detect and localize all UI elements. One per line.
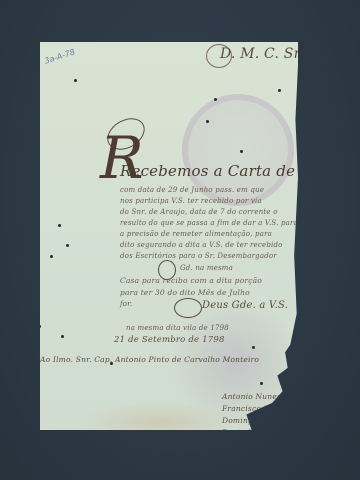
ink-speck — [58, 224, 61, 227]
salutation: D. M. C. Sr. — [220, 46, 304, 62]
body-line: a precisão de remeter alimentação, para — [120, 230, 272, 238]
addressee: Ao Ilmo. Snr. Cap. Antonio Pinto de Carv… — [40, 355, 259, 364]
body-line: nos participa V.S. ter recebido por via — [120, 197, 262, 205]
ink-speck — [50, 255, 53, 258]
body-line: do Snr. de Araujo, data de 7 do corrente… — [120, 208, 278, 216]
ink-speck — [66, 244, 69, 247]
ink-speck — [206, 120, 209, 123]
body-line: resulto do que se passa a fim de dar a V… — [120, 219, 298, 227]
ink-speck — [260, 382, 263, 385]
ink-speck — [252, 346, 255, 349]
pencil-annotation: 3a-A-78 — [43, 47, 76, 65]
big-initial: R — [100, 124, 144, 192]
ink-speck — [110, 362, 113, 365]
ink-speck — [278, 89, 281, 92]
manuscript-page: 3a-A-78 D. M. C. Sr. R Recebemos a Carta… — [40, 42, 298, 430]
ink-speck — [61, 335, 64, 338]
body-line: for. — [120, 300, 132, 308]
date-line: 21 de Setembro de 1798 — [114, 335, 225, 345]
body-line: com data de 29 de Junho pass. em que — [120, 186, 264, 194]
closing-line: Deus Gde. a V.S. — [202, 300, 288, 311]
ink-speck — [240, 150, 243, 153]
place-date-line: na mesma dita vila de 1798 — [126, 324, 229, 332]
body-line: dos Escritórios para o Sr. Desembargador — [120, 252, 277, 260]
body-line: dito segurando a dita a V.S. de ter rece… — [120, 241, 283, 249]
body-line: para ter 30 do dito Mês de Julho — [120, 288, 250, 297]
closing-flourish — [174, 298, 202, 318]
body-line: Gd. na mesma — [180, 264, 233, 272]
ink-speck — [214, 98, 217, 101]
opening-line: Recebemos a Carta de V. — [120, 162, 314, 180]
ink-speck — [74, 79, 77, 82]
body-line: Casa para recibo com a dita porção — [120, 276, 262, 285]
